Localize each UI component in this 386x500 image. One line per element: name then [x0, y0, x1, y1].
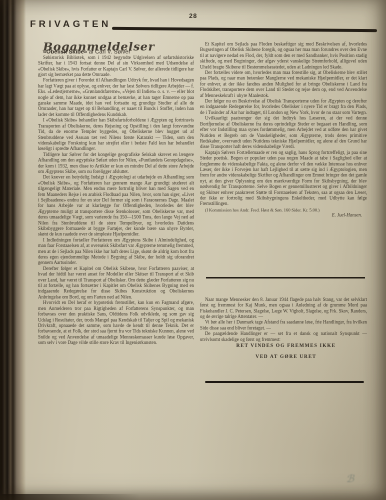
paragraph: Hvorvidt en Del heraf er hypotetisk frem…	[38, 301, 194, 347]
right-column-paragraphs: Et Kapitel om Sejlads paa Floden beskæft…	[200, 42, 367, 207]
left-column: Boganmeldelser «Obelisk Skibe» af Carl V…	[38, 44, 194, 346]
paragraph: Det kræver en betydelig Indsigt i Ægypto…	[38, 175, 194, 238]
paragraph: I «Obelisk Skibe» behandler han Skibsfar…	[38, 118, 194, 152]
paragraph: Et Kapitel om Sejlads paa Floden beskæft…	[200, 42, 367, 71]
paragraph: Uvilkaarligt paatrænger der sig det Indt…	[200, 116, 367, 150]
paragraph: Søhistorisk Bibliotek, som i 1942 begynd…	[38, 55, 194, 78]
reviewer-signature: E. Juel-Hansen.	[200, 213, 367, 219]
page-number: 28	[189, 13, 197, 20]
section-divider-rule	[206, 277, 365, 279]
bottom-edge-shadow	[0, 494, 140, 500]
binding-edge-shadow	[0, 0, 26, 500]
scanned-magazine-page: FRIVAGTEN 28 Boganmeldelser «Obelisk Ski…	[0, 0, 386, 500]
review-title-author: af Carl V. Sølver	[87, 49, 130, 55]
printers-mark-stamp: ℬ	[334, 473, 366, 488]
paragraph: Tidligere har Sølver for det kongelige g…	[38, 152, 194, 175]
slogan-line-1: RET VINDES OG FREMMES IKKE	[200, 343, 367, 349]
paragraph: Naar mange Mennesker den 8. Januar 1944 …	[200, 297, 367, 320]
paragraph: Vi bør alle her i Danmark tage Afstand f…	[200, 320, 367, 331]
paragraph: Der fortælles videre om, hvorledes man m…	[200, 71, 367, 100]
right-column: Et Kapitel om Sejlads paa Floden beskæft…	[200, 42, 367, 383]
left-column-paragraphs: Søhistorisk Bibliotek, som i 1942 begynd…	[38, 55, 194, 346]
paragraph: Der følger nu en Beskrivelse af Obelisk …	[200, 99, 367, 116]
masthead: FRIVAGTEN	[30, 19, 111, 30]
memorial-notice-paragraphs: Naar mange Mennesker den 8. Januar 1944 …	[200, 297, 367, 343]
masthead-rule	[112, 27, 377, 33]
paragraph: De paagældende Handlinger er — set fra e…	[200, 332, 367, 343]
paragraph: Derefter følger et Kapitel om Obelisk Sk…	[38, 266, 194, 300]
bottom-rule	[205, 381, 364, 383]
paragraph: I Indledningen fortæller Forfatteren om …	[38, 238, 194, 267]
review-title-book: «Obelisk Skibe»	[43, 49, 87, 55]
slogan-line-2: VED AT GØRE URET	[200, 354, 367, 360]
paragraph: Kaptajn Sølvers Fortællemaade er ren og …	[200, 150, 367, 207]
paragraph: Forfatteren giver i Forordet til Afhandl…	[38, 78, 194, 118]
